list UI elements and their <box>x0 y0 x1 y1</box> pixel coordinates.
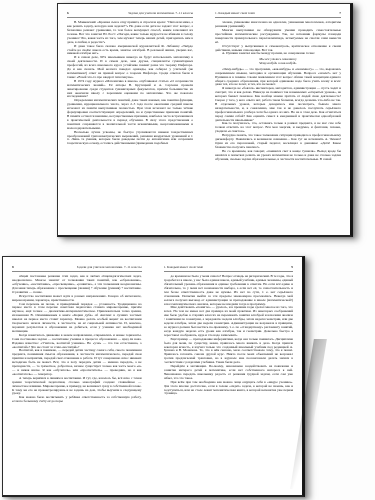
page-8: 8 Задачи для учителя математики. 7–11 кл… <box>12 266 142 489</box>
page-number: 9 <box>291 266 293 270</box>
paragraph: Ещё пример — преподавание информатики, к… <box>164 338 294 365</box>
page-7-body: членов, умножение многочлена на одночлен… <box>215 21 341 229</box>
page-6-body: В. Маяковский: «Крошка сын к отцу пришёл… <box>67 21 193 229</box>
page-7-header: 1. Каждый имеет свой темп 7 <box>215 12 341 18</box>
paragraph: Сам перечень не полон, и приведённый пор… <box>12 303 142 334</box>
page-6: 6 Задачи для учителя математики. 7–11 кл… <box>67 12 193 229</box>
running-head: Задачи для учителя математики. 7–11 клас… <box>128 12 193 16</box>
paragraph: При всём при том необходимо как можно ча… <box>164 381 294 397</box>
page-6-header: 6 Задачи для учителя математики. 7–11 кл… <box>67 12 193 18</box>
running-head: 1. Каждый имеет свой темп <box>215 12 255 16</box>
paragraph: до времени не было у меня самого? Вопрос… <box>164 275 294 306</box>
paragraph: общей постановке решение этих задач, как… <box>12 275 142 295</box>
paragraph: «Чему-нибудь» — это программа, «как-нибу… <box>215 68 341 88</box>
page-9-body: до времени не было у меня самого? Вопрос… <box>164 275 294 489</box>
paragraph: Я никогда не «боялся» инспекторов, метод… <box>215 87 341 122</box>
paragraph: Определения математических понятий, даже… <box>67 99 193 130</box>
page-8-header: 8 Задачи для учителя математики. 7–11 кл… <box>12 266 142 272</box>
page-number: 7 <box>339 12 341 16</box>
page-7: 1. Каждый имеет свой темп 7 членов, умно… <box>215 12 341 229</box>
verse-quote: Мы все учились понемногуЧему-нибудь и ка… <box>215 58 341 66</box>
paragraph: Как можно было воспитывать у ребёнка отв… <box>12 396 142 404</box>
paragraph: Мне действовать «помягче» — удалось, и в… <box>164 306 294 337</box>
paragraph: Но со временем, как говорят, «появился с… <box>215 150 341 162</box>
running-head: Задачи для учителя математики. 7–11 клас… <box>77 266 142 270</box>
page-8-body: общей постановке решение этих задач, как… <box>12 275 142 489</box>
page-number: 6 <box>67 12 69 16</box>
paragraph: Нетрудно понять, что такое толкование си… <box>215 134 341 150</box>
page-9: 1. Каждый имеет свой темп 9 до времени н… <box>164 266 294 489</box>
page-number: 8 <box>12 266 14 270</box>
paragraph: Многие выпускники не обнаружили умения п… <box>215 29 341 45</box>
paragraph: Воспитай, как я понимаю, — передай детям… <box>12 349 142 376</box>
paragraph: Несколько лучше усвоены, но быстро утрач… <box>67 131 193 147</box>
running-head: 1. Каждый имеет свой темп <box>164 266 204 270</box>
book-spread-top[interactable]: 6 Задачи для учителя математики. 7–11 кл… <box>57 3 353 237</box>
paragraph: В. Маяковский: «Крошка сын к отцу пришёл… <box>67 21 193 44</box>
paragraph: А. Пушкин заметил как бы между прочим, н… <box>215 52 341 56</box>
book-spread-bottom[interactable]: 8 Задачи для учителя математики. 7–11 кл… <box>2 256 305 497</box>
page-9-header: 1. Каждый имеет свой темп 9 <box>164 266 294 272</box>
verse-line: Чему-нибудь и как-нибудь. <box>215 62 341 66</box>
paragraph: В 1974 году журнал «Математика в школе» … <box>67 80 193 100</box>
paragraph: Когда наметилось движение в новом направ… <box>12 334 142 350</box>
paragraph: Перейдём к мотивации. По-моему, невозмож… <box>164 365 294 381</box>
paragraph: И в самом деле, 90% школьников никогда н… <box>67 56 193 79</box>
paragraph: А теперь вернёмся к линиям в воспитании.… <box>12 377 142 397</box>
